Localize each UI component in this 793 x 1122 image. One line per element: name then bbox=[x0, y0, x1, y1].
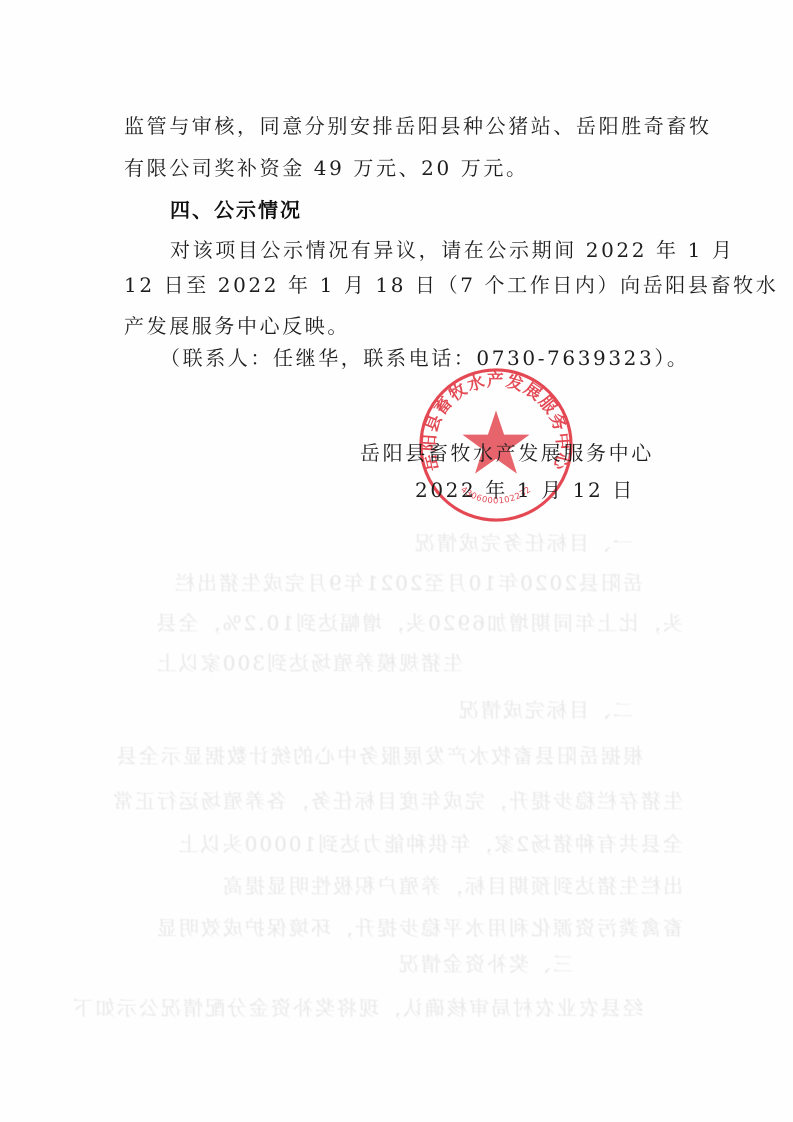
bleed-line: 二、目标完成情况 bbox=[457, 694, 633, 723]
section-heading: 四、公示情况 bbox=[170, 198, 302, 222]
bleed-line: 头，比上年同期增加6920头，增幅达到10.2%，全县 bbox=[155, 607, 683, 636]
bleed-line: 生猪规模养殖场达到300家以上 bbox=[155, 647, 463, 676]
bleed-line: 经县农业农村局审核确认，现将奖补资金分配情况公示如下 bbox=[71, 992, 643, 1021]
bleed-line: 畜禽粪污资源化利用水平稳步提升，环境保护成效明显 bbox=[155, 912, 683, 941]
body-line-1: 监管与审核，同意分别安排岳阳县种公猪站、岳阳胜奇畜牧 bbox=[124, 114, 712, 138]
paragraph-line-3: 产发展服务中心反映。 bbox=[124, 314, 350, 338]
bleed-line: 生猪存栏稳步提升，完成年度目标任务，各养殖场运行正常 bbox=[111, 785, 683, 814]
signature-organization: 岳阳县畜牧水产发展服务中心 bbox=[360, 441, 654, 465]
bleed-line: 一、目标任务完成情况 bbox=[413, 527, 633, 556]
paragraph-line-1: 对该项目公示情况有异议，请在公示期间 2022 年 1 月 bbox=[170, 238, 734, 262]
paragraph-line-2: 12 日至 2022 年 1 月 18 日（7 个工作日内）向岳阳县畜牧水 bbox=[124, 273, 778, 297]
bleed-line: 岳阳县2020年10月至2021年9月完成生猪出栏 bbox=[173, 567, 643, 596]
bleed-line: 全县共有种猪场2家，年供种能力达到10000头以上 bbox=[177, 828, 683, 857]
signature-date: 2022 年 1 月 12 日 bbox=[415, 478, 635, 502]
body-line-2: 有限公司奖补资金 49 万元、20 万元。 bbox=[124, 156, 529, 180]
bleed-line: 根据岳阳县畜牧水产发展服务中心的统计数据显示全县 bbox=[115, 740, 643, 769]
bleed-line: 出栏生猪达到预期目标，养殖户积极性明显提高 bbox=[221, 870, 683, 899]
bleed-line: 三、奖补资金情况 bbox=[397, 948, 573, 977]
document-page: 一、目标任务完成情况 岳阳县2020年10月至2021年9月完成生猪出栏 头，比… bbox=[0, 0, 793, 1122]
